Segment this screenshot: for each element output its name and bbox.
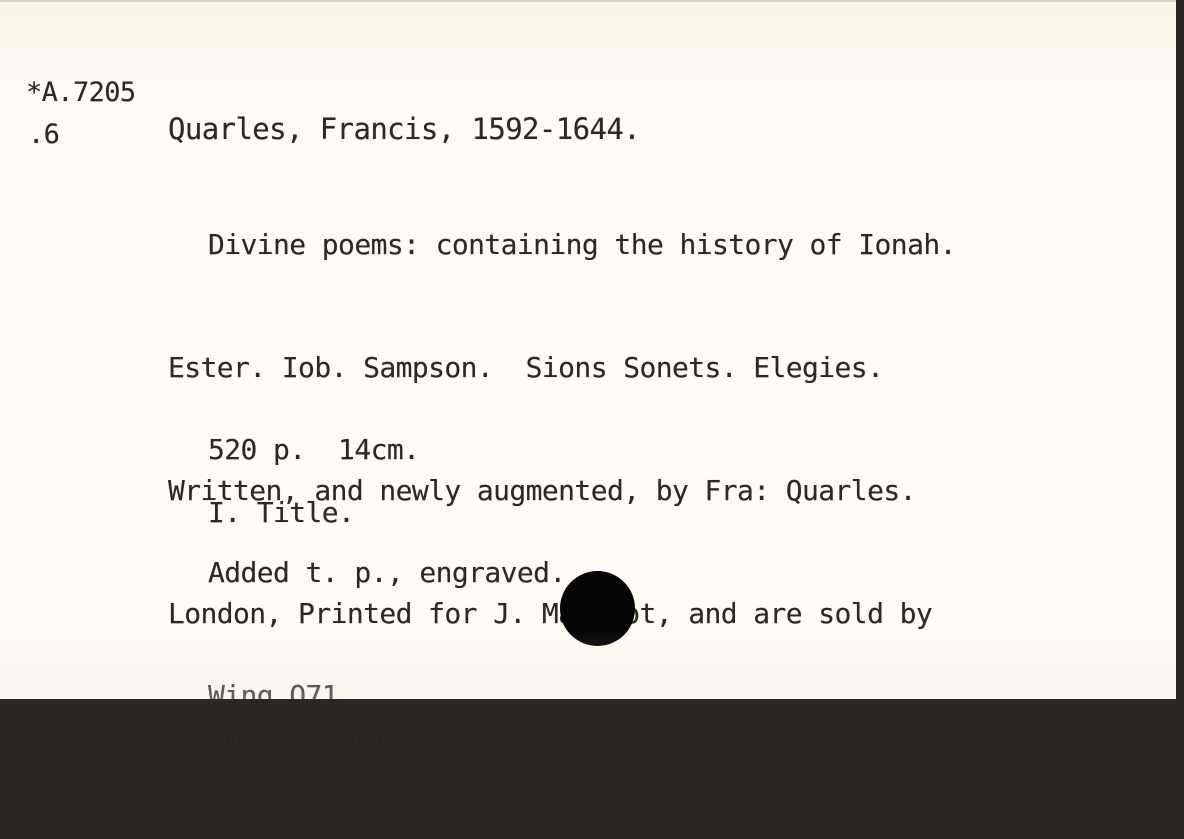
title-line: Divine poems: containing the history of … [168,224,956,265]
added-title-page-note: Added t. p., engraved. [208,552,566,593]
collation-note: 520 p. 14cm. [208,429,566,470]
punch-hole-icon [560,571,635,646]
call-number-line-1: *A.7205 [26,72,136,113]
catalog-card: *A.7205 .6 Quarles, Francis, 1592-1644. … [0,0,1176,699]
tracing: I. Title. [208,492,354,533]
call-number-line-2: .6 [28,114,59,155]
wing-reference-note: Wing Q71. [208,675,566,704]
